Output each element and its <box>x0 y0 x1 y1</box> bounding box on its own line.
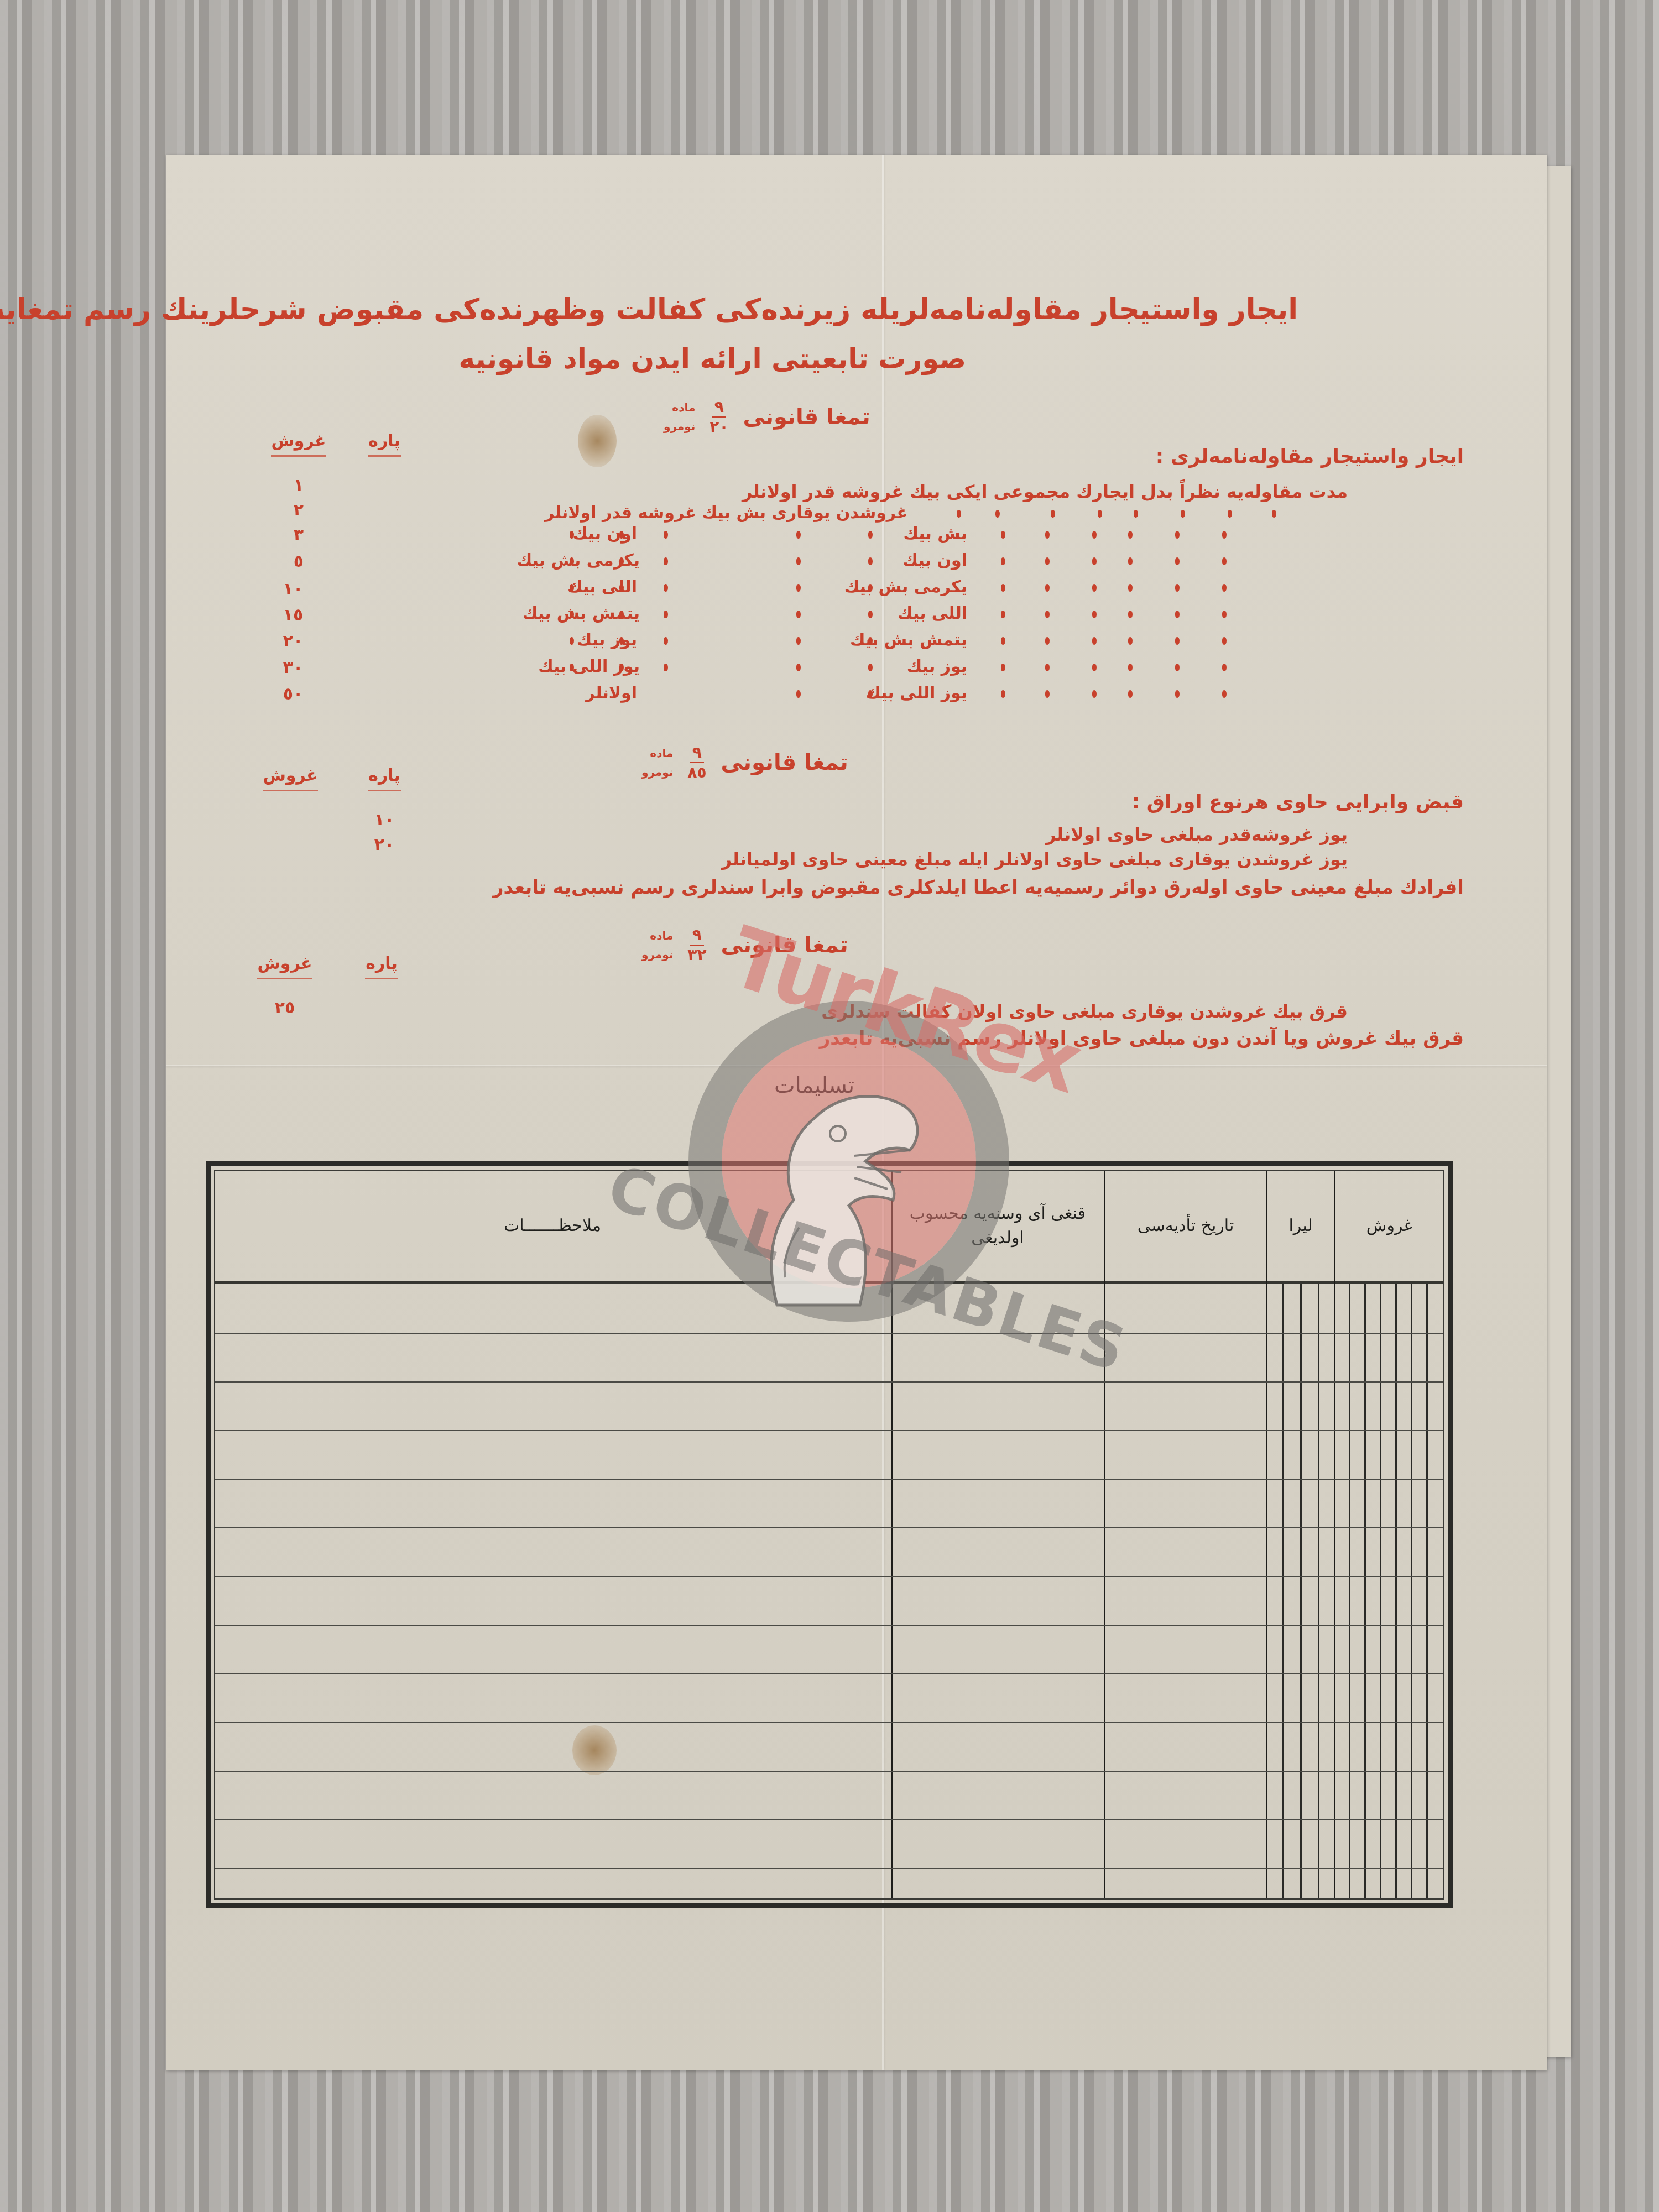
header-period: قنغی آی وسنه‌یه محسوب اولدیغی <box>893 1171 1103 1281</box>
stain-mark <box>578 415 617 467</box>
column-header-ghurush: غروش <box>271 431 326 457</box>
column-divider <box>891 1171 893 1898</box>
lira-subcolumn-divider <box>1282 1284 1284 1898</box>
fee-value: ٢٠ <box>368 835 401 854</box>
header-payment-date: تاریخ تأدیه‌سی <box>1105 1171 1266 1281</box>
header-remarks: ملاحظـــــــات <box>215 1171 890 1281</box>
law-fraction: ٩ ٢٠ <box>709 399 728 435</box>
ledger-row-line <box>215 1771 1443 1772</box>
document-title-line-1: ایجار واستیجار مقاوله‌نامه‌لریله زیرنده‌… <box>0 293 1298 326</box>
lira-subcolumn-divider <box>1318 1284 1319 1898</box>
column-divider <box>1266 1171 1267 1898</box>
ledger-row-line <box>215 1625 1443 1626</box>
law-side-labels: ماده نومرو <box>664 398 695 436</box>
law-reference-2: تمغا قانونی ٩ ٨٥ ماده نومرو <box>641 744 848 781</box>
fee-value: ١٠ <box>368 810 401 830</box>
ledger-row-line <box>215 1722 1443 1723</box>
column-divider <box>1104 1171 1105 1898</box>
law-side-labels: ماده نومرو <box>641 744 673 781</box>
ledger-row-line <box>215 1868 1443 1869</box>
column-header-para: پاره <box>368 766 401 791</box>
section-3-line: قرق بیك غروش ویا آندن دون مبلغی حاوی اول… <box>820 1027 1464 1050</box>
ghurush-subcolumn-divider <box>1380 1284 1381 1898</box>
section-2-line: یوز غروشه‌قدر مبلغی حاوی اولانلر <box>1046 824 1348 845</box>
section-1-intro-line: مدت مقاوله‌یه نظراً بدل ایجارك مجموعی ای… <box>742 481 1348 502</box>
column-header-ghurush: غروش <box>257 954 312 979</box>
fee-value: ٥٠ <box>276 685 310 704</box>
section-2-heading: قبض وابرایی حاوی هرنوع اوراق : <box>1132 791 1464 813</box>
ledger-header-row: ملاحظـــــــات قنغی آی وسنه‌یه محسوب اول… <box>215 1171 1443 1284</box>
law-label: تمغا قانونی <box>743 404 870 430</box>
document-title-line-2: صورت تابعیتی ارائه ایدن مواد قانونیه <box>458 343 966 375</box>
ghurush-subcolumn-divider <box>1426 1284 1428 1898</box>
header-ghurush: غروش <box>1335 1171 1443 1281</box>
section-3-line: قرق بیك غروشدن یوقاری مبلغی حاوی اولان ک… <box>821 1001 1348 1022</box>
fee-value: ٢ <box>282 500 315 520</box>
column-header-para: پاره <box>368 431 401 457</box>
ghurush-subcolumn-divider <box>1364 1284 1366 1898</box>
column-header-para: پاره <box>365 954 398 979</box>
fee-value: ١ <box>282 476 315 495</box>
ledger-row-line <box>215 1430 1443 1431</box>
law-reference-3: تمغا قانونی ٩ ٣٢ ماده نومرو <box>641 926 848 964</box>
column-divider <box>1334 1171 1335 1898</box>
law-label: تمغا قانونی <box>721 750 848 775</box>
handwritten-note: تسلیمات <box>774 1073 854 1098</box>
ledger-row-line <box>215 1333 1443 1334</box>
fee-value: ٢٠ <box>276 632 310 651</box>
ditto-marks-row <box>885 503 1410 525</box>
ledger-row-line <box>215 1576 1443 1577</box>
law-fraction: ٩ ٨٥ <box>687 744 706 781</box>
law-label: تمغا قانونی <box>721 932 848 958</box>
law-reference-1: تمغا قانونی ٩ ٢٠ ماده نومرو <box>664 398 870 436</box>
ledger-inner-border: ملاحظـــــــات قنغی آی وسنه‌یه محسوب اول… <box>214 1170 1444 1900</box>
law-side-labels: ماده نومرو <box>641 926 673 964</box>
ledger-row-line <box>215 1527 1443 1528</box>
ledger-row-line <box>215 1819 1443 1820</box>
fee-value: ٢٥ <box>268 998 301 1018</box>
section-2-line: یوز غروشدن یوقاری مبلغی حاوی اولانلر ایل… <box>722 849 1348 870</box>
section-1-second-line: غروشدن یوقاری بش بیك غروشه قدر اولانلر <box>545 503 908 523</box>
section-1-heading: ایجار واستیجار مقاوله‌نامه‌لری : <box>1156 445 1464 468</box>
horizontal-fold-crease <box>166 1065 1547 1066</box>
fee-value: ٥ <box>282 552 315 571</box>
ledger-row-line <box>215 1381 1443 1383</box>
ghurush-subcolumn-divider <box>1349 1284 1350 1898</box>
ghurush-subcolumn-divider <box>1395 1284 1397 1898</box>
ledger-row-line <box>215 1479 1443 1480</box>
ledger-row-line <box>215 1673 1443 1674</box>
fee-value: ٣ <box>282 525 315 545</box>
ledger-table: ملاحظـــــــات قنغی آی وسنه‌یه محسوب اول… <box>206 1161 1453 1908</box>
fee-value: ١٠ <box>276 580 310 599</box>
law-fraction: ٩ ٣٢ <box>687 927 706 963</box>
fee-value: ٣٠ <box>276 658 310 677</box>
lira-subcolumn-divider <box>1300 1284 1302 1898</box>
document-sheet: ایجار واستیجار مقاوله‌نامه‌لریله زیرنده‌… <box>166 155 1547 2070</box>
fee-value: ١٥ <box>276 606 310 625</box>
ghurush-subcolumn-divider <box>1411 1284 1412 1898</box>
header-lira: لیرا <box>1267 1171 1334 1281</box>
column-header-ghurush: غروش <box>263 766 318 791</box>
section-2-line: افرادك مبلغ معینی حاوی اوله‌رق دوائر رسم… <box>493 877 1464 899</box>
